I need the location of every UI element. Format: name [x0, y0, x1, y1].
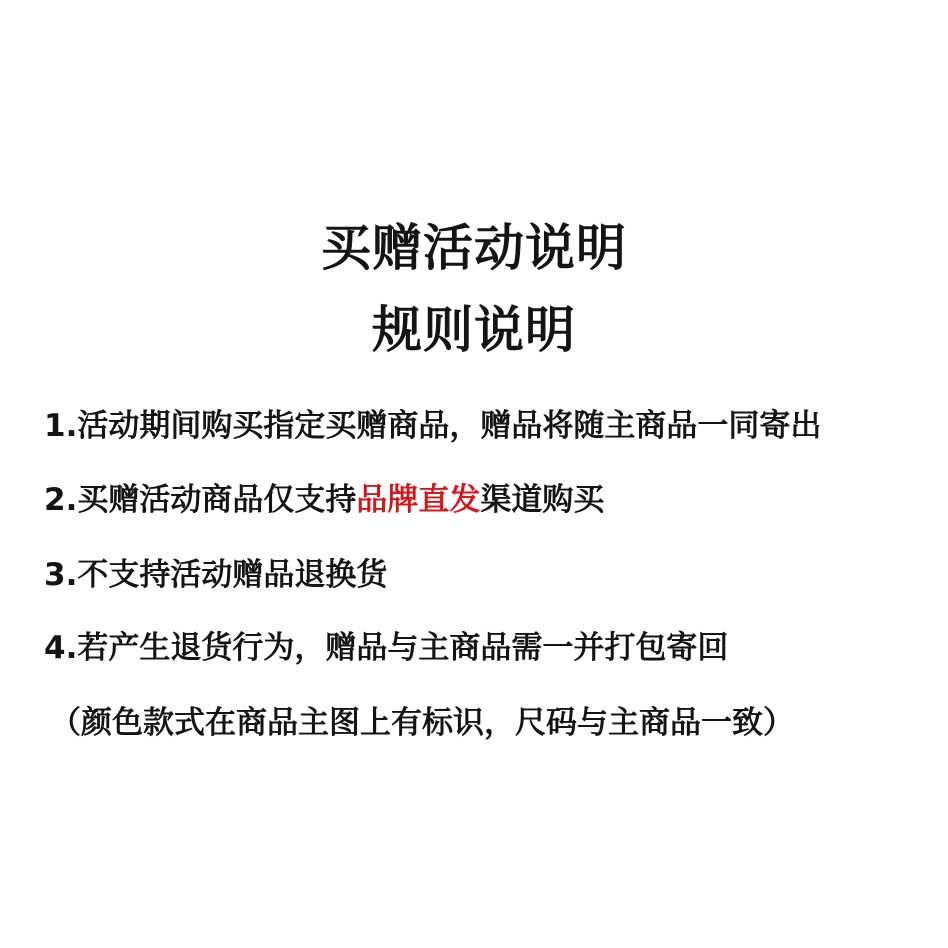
rule-2-suffix: 渠道购买 [480, 482, 604, 518]
page-subtitle: 规则说明 [0, 300, 948, 360]
rule-2-highlight: 品牌直发 [356, 482, 480, 518]
rule-4: 4.若产生退货行为，赠品与主商品需一并打包寄回 [44, 628, 728, 668]
rule-note: （颜色款式在商品主图上有标识，尺码与主商品一致） [50, 703, 794, 743]
page-title: 买赠活动说明 [0, 218, 948, 278]
rule-2-prefix: 2.买赠活动商品仅支持 [44, 482, 356, 518]
rule-3: 3.不支持活动赠品退换货 [44, 555, 387, 595]
rule-1: 1.活动期间购买指定买赠商品，赠品将随主商品一同寄出 [44, 406, 821, 446]
rule-2: 2.买赠活动商品仅支持品牌直发渠道购买 [44, 480, 604, 520]
